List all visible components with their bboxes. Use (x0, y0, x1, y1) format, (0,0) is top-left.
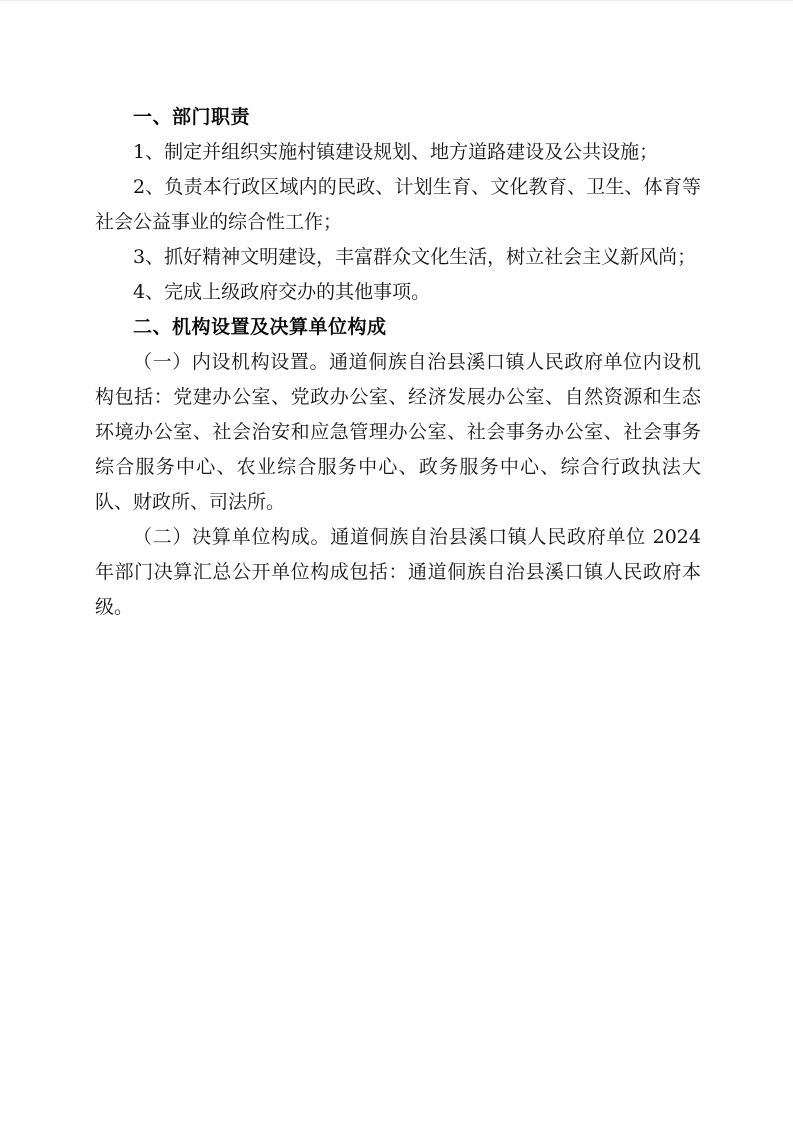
duty-item-1: 1、制定并组织实施村镇建设规划、地方道路建设及公共设施； (95, 135, 701, 170)
section-heading-department-duties: 一、部门职责 (95, 100, 701, 135)
duty-item-4: 4、完成上级政府交办的其他事项。 (95, 275, 701, 310)
duty-item-3: 3、抓好精神文明建设，丰富群众文化生活，树立社会主义新风尚； (95, 240, 701, 275)
internal-organization-paragraph: （一）内设机构设置。通道侗族自治县溪口镇人民政府单位内设机构包括：党建办公室、党… (95, 345, 701, 520)
section-heading-organization-structure: 二、机构设置及决算单位构成 (95, 310, 701, 345)
duty-item-2: 2、负责本行政区域内的民政、计划生育、文化教育、卫生、体育等社会公益事业的综合性… (95, 170, 701, 240)
budget-unit-composition-paragraph: （二）决算单位构成。通道侗族自治县溪口镇人民政府单位 2024 年部门决算汇总公… (95, 520, 701, 625)
page-top-edge-line (0, 0, 793, 1)
document-page: 一、部门职责 1、制定并组织实施村镇建设规划、地方道路建设及公共设施； 2、负责… (95, 100, 701, 625)
